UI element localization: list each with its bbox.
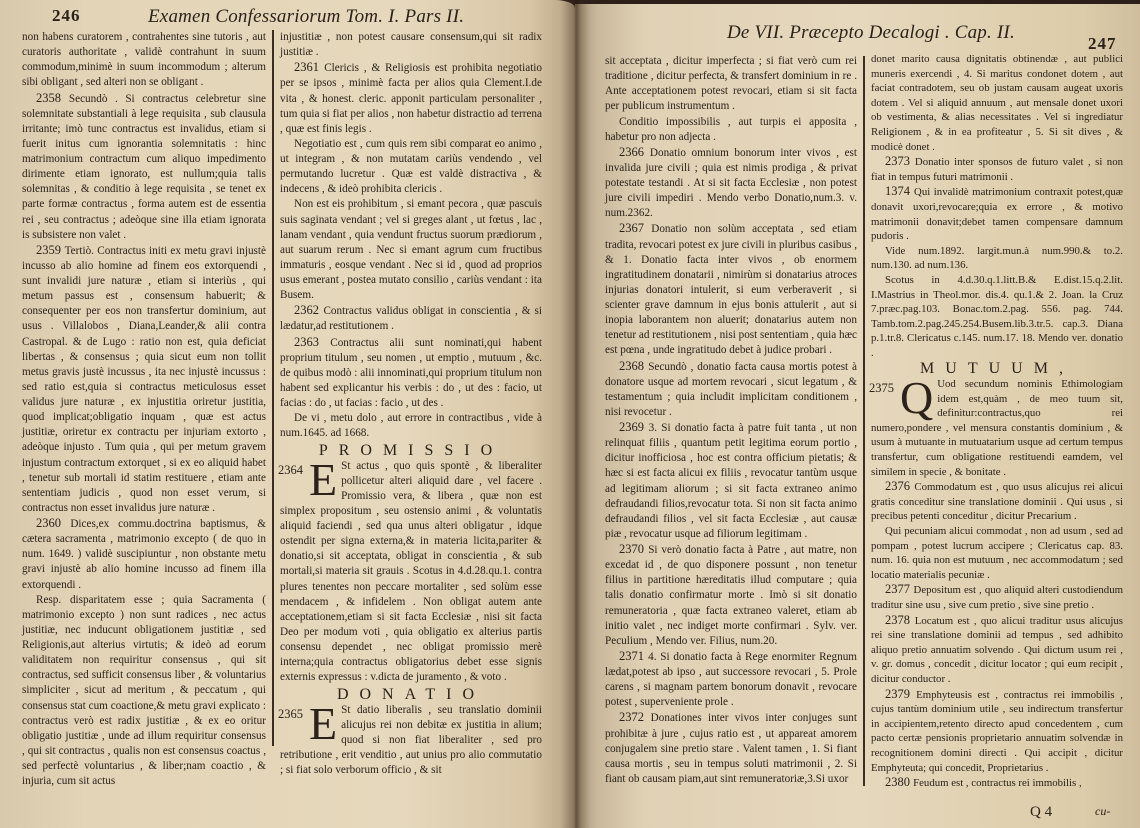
paragraph: 2364ESt actus , quo quis spontè , & libe… xyxy=(280,459,542,686)
paragraph-text: Scotus in 4.d.30.q.1.litt.B.& E.dist.15.… xyxy=(871,274,1123,359)
paragraph: injustitiæ , non potest causare consensu… xyxy=(280,30,542,60)
text-column-1: sit acceptata , dicitur imperfecta ; si … xyxy=(605,54,857,787)
section-number: 2373 xyxy=(885,154,915,168)
paragraph: 2369 3. Si donatio facta à patre fuit ta… xyxy=(605,420,857,542)
section-number: 2360 xyxy=(36,516,70,530)
left-page: 246 Examen Confessariorum Tom. I. Pars I… xyxy=(0,0,575,828)
paragraph: 2373 Donatio inter sponsos de futuro val… xyxy=(871,154,1123,184)
paragraph-text: Tertiò. Contractus initi ex metu gravi i… xyxy=(22,245,266,514)
section-number: 2377 xyxy=(885,582,914,596)
paragraph-text: sit acceptata , dicitur imperfecta ; si … xyxy=(605,55,857,112)
paragraph: 2370 Si verò donatio facta à Patre , aut… xyxy=(605,542,857,649)
text-column-2: injustitiæ , non potest causare consensu… xyxy=(280,30,542,778)
book-spread: 246 Examen Confessariorum Tom. I. Pars I… xyxy=(0,0,1140,828)
paragraph-text: Negotiatio est , cum quis rem sibi compa… xyxy=(280,138,542,195)
section-number: 2367 xyxy=(619,221,651,235)
paragraph-text: Si verò donatio facta à Patre , aut matr… xyxy=(605,544,857,647)
paragraph: De vi , metu dolo , aut errore in contra… xyxy=(280,411,542,441)
section-number: 2378 xyxy=(885,613,915,627)
paragraph-text: Emphyteusis est , contractus rei immobil… xyxy=(871,689,1123,774)
section-number: 2363 xyxy=(294,335,330,349)
section-number: 2368 xyxy=(619,359,648,373)
drop-cap: E xyxy=(309,705,337,743)
section-number: 2364 xyxy=(278,463,303,478)
running-head: Examen Confessariorum Tom. I. Pars II. xyxy=(148,6,464,28)
section-number: 2366 xyxy=(619,145,650,159)
paragraph: Qui pecuniam alicui commodat , non ad us… xyxy=(871,524,1123,582)
paragraph: 2363 Contractus alii sunt nominati,qui h… xyxy=(280,335,542,412)
paragraph-text: Qui pecuniam alicui commodat , non ad us… xyxy=(871,525,1123,581)
paragraph: 2362 Contractus validus obligat in consc… xyxy=(280,303,542,334)
column-rule xyxy=(863,56,865,786)
paragraph: Vide num.1892. largit.mun.à num.990.& to… xyxy=(871,244,1123,273)
section-number: 2371 xyxy=(619,649,648,663)
drop-cap: E xyxy=(309,461,337,499)
paragraph: 2376 Commodatum est , quo usus alicujus … xyxy=(871,479,1123,524)
section-number: 2376 xyxy=(885,479,914,493)
section-number: 2365 xyxy=(278,707,303,722)
paragraph: Scotus in 4.d.30.q.1.litt.B.& E.dist.15.… xyxy=(871,273,1123,361)
paragraph: Negotiatio est , cum quis rem sibi compa… xyxy=(280,137,542,198)
paragraph-text: De vi , metu dolo , aut errore in contra… xyxy=(280,412,542,439)
section-number: 2372 xyxy=(619,710,651,724)
paragraph: 2366 Donatio omnium bonorum inter vivos … xyxy=(605,145,857,222)
paragraph: 2377 Depositum est , quo aliquid alteri … xyxy=(871,582,1123,612)
paragraph-text: injustitiæ , non potest causare consensu… xyxy=(280,31,542,58)
paragraph: 2365ESt datio liberalis , seu translatio… xyxy=(280,703,542,779)
paragraph-text: donet marito causa dignitatis obtinendæ … xyxy=(871,53,1123,153)
paragraph-text: Secundò . Si contractus celebretur sine … xyxy=(22,93,266,241)
paragraph: sit acceptata , dicitur imperfecta ; si … xyxy=(605,54,857,115)
paragraph: donet marito causa dignitatis obtinendæ … xyxy=(871,52,1123,154)
drop-cap: Q xyxy=(900,379,933,417)
section-number: 1374 xyxy=(885,184,914,198)
paragraph: non habens curatorem , contrahentes sine… xyxy=(22,30,266,91)
section-number: 2380 xyxy=(885,775,913,789)
page-number: 247 xyxy=(1088,34,1117,54)
paragraph: 2368 Secundò , donatio facta causa morti… xyxy=(605,359,857,421)
column-rule xyxy=(272,30,274,746)
paragraph: Conditio impossibilis , aut turpis ei ap… xyxy=(605,115,857,145)
paragraph: 2372 Donationes inter vivos inter conjug… xyxy=(605,710,857,787)
section-number: 2362 xyxy=(294,303,323,317)
paragraph-text: 3. Si donatio facta à patre fuit tanta ,… xyxy=(605,422,857,540)
section-number: 2358 xyxy=(36,91,69,105)
paragraph-text: Donatio non solùm acceptata , sed etiam … xyxy=(605,223,857,356)
paragraph-text: non habens curatorem , contrahentes sine… xyxy=(22,31,266,88)
section-number: 2370 xyxy=(619,542,648,556)
paragraph: 2367 Donatio non solùm acceptata , sed e… xyxy=(605,221,857,358)
paragraph: 2358 Secundò . Si contractus celebretur … xyxy=(22,91,266,243)
paragraph: 1374 Qui invalidè matrimonium contraxit … xyxy=(871,184,1123,243)
paragraph: 2379 Emphyteusis est , contractus rei im… xyxy=(871,687,1123,776)
text-column-2: donet marito causa dignitatis obtinendæ … xyxy=(871,52,1123,791)
section-number: 2359 xyxy=(36,243,65,257)
page-number: 246 xyxy=(52,6,81,26)
paragraph-text: Vide num.1892. largit.mun.à num.990.& to… xyxy=(871,245,1123,272)
paragraph: 2371 4. Si donatio facta à Rege enormite… xyxy=(605,649,857,711)
paragraph: 2359 Tertiò. Contractus initi ex metu gr… xyxy=(22,243,266,516)
paragraph-text: Non est eis prohibitum , si emant pecora… xyxy=(280,198,542,301)
paragraph: Resp. disparitatem esse ; quia Sacrament… xyxy=(22,593,266,790)
paragraph: Non est eis prohibitum , si emant pecora… xyxy=(280,197,542,303)
signature-mark: Q 4 xyxy=(1030,804,1052,821)
right-page: De VII. Præcepto Decalogi . Cap. II. 247… xyxy=(575,4,1140,828)
section-number: 2375 xyxy=(869,381,894,396)
paragraph-text: Resp. disparitatem esse ; quia Sacrament… xyxy=(22,594,266,788)
section-number: 2369 xyxy=(619,420,649,434)
paragraph: 2378 Locatum est , quo alicui traditur u… xyxy=(871,613,1123,687)
section-number: 2361 xyxy=(294,60,324,74)
paragraph: 2380 Feudum est , contractus rei immobil… xyxy=(871,775,1123,791)
paragraph: 2375QUod secundum nominis Ethimologiam i… xyxy=(871,377,1123,479)
running-head: De VII. Præcepto Decalogi . Cap. II. xyxy=(727,22,1015,44)
section-number: 2379 xyxy=(885,687,916,701)
catchword: cu- xyxy=(1095,804,1110,819)
text-column-1: non habens curatorem , contrahentes sine… xyxy=(22,30,266,789)
paragraph-text: Feudum est , contractus rei immobilis , xyxy=(913,777,1082,789)
paragraph: 2360 Dices,ex commu.doctrina baptismus, … xyxy=(22,516,266,593)
paragraph-text: Conditio impossibilis , aut turpis ei ap… xyxy=(605,116,857,143)
paragraph: 2361 Clericis , & Religiosis est prohibi… xyxy=(280,60,542,137)
